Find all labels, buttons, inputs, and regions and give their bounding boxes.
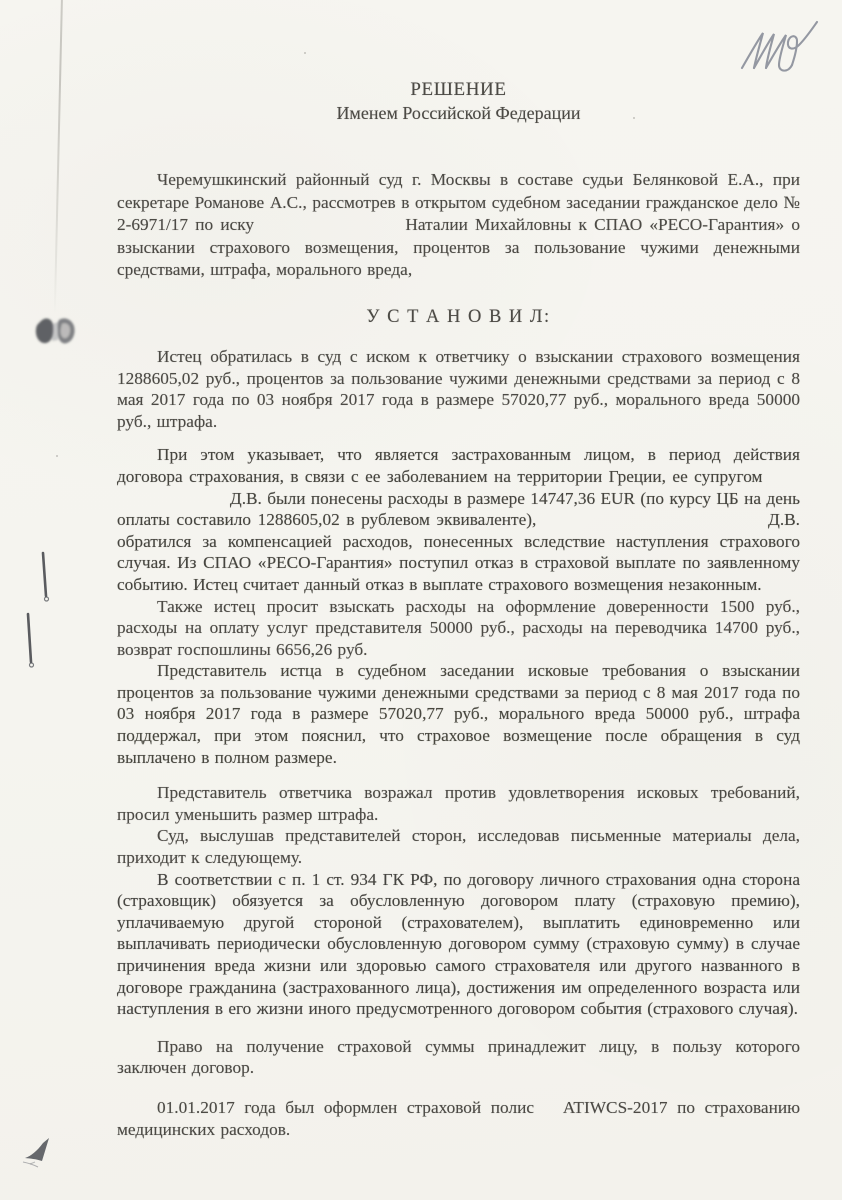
ink-blot-icon: [32, 312, 84, 352]
corner-ink-mark-icon: [22, 1134, 64, 1170]
paragraph-claim-amounts: Истец обратилась в суд с иском к ответчи…: [117, 346, 800, 432]
paragraph-civil-code-934: В соответствии с п. 1 ст. 934 ГК РФ, по …: [117, 869, 800, 1020]
document-title: РЕШЕНИЕ: [117, 0, 800, 102]
fold-crease: [54, 0, 63, 314]
scanned-court-decision-page: РЕШЕНИЕ Именем Российской Федерации Чере…: [0, 0, 842, 1200]
paragraph-defendant-rep: Представитель ответчика возражал против …: [117, 782, 800, 825]
paragraph-court-intro: Черемушкинский районный суд г. Москвы в …: [117, 169, 800, 282]
paragraph-policy-issued: 01.01.2017 года был оформлен страховой п…: [117, 1097, 800, 1140]
staple-marks-icon: [22, 546, 56, 676]
paper-speck: [56, 455, 58, 457]
document-subtitle: Именем Российской Федерации: [117, 102, 800, 125]
paragraph-right-to-sum: Право на получение страховой суммы прина…: [117, 1036, 800, 1079]
section-heading-ustanovil: У С Т А Н О В И Л:: [117, 304, 800, 330]
paragraph-additional-expenses: Также истец просит взыскать расходы на о…: [117, 596, 800, 661]
paragraph-insurance-details: При этом указывает, что является застрах…: [117, 444, 800, 595]
paragraph-plaintiff-rep: Представитель истца в судебном заседании…: [117, 660, 800, 768]
document-body: РЕШЕНИЕ Именем Российской Федерации Чере…: [117, 0, 800, 1140]
paragraph-court-conclusion: Суд, выслушав представителей сторон, исс…: [117, 825, 800, 868]
